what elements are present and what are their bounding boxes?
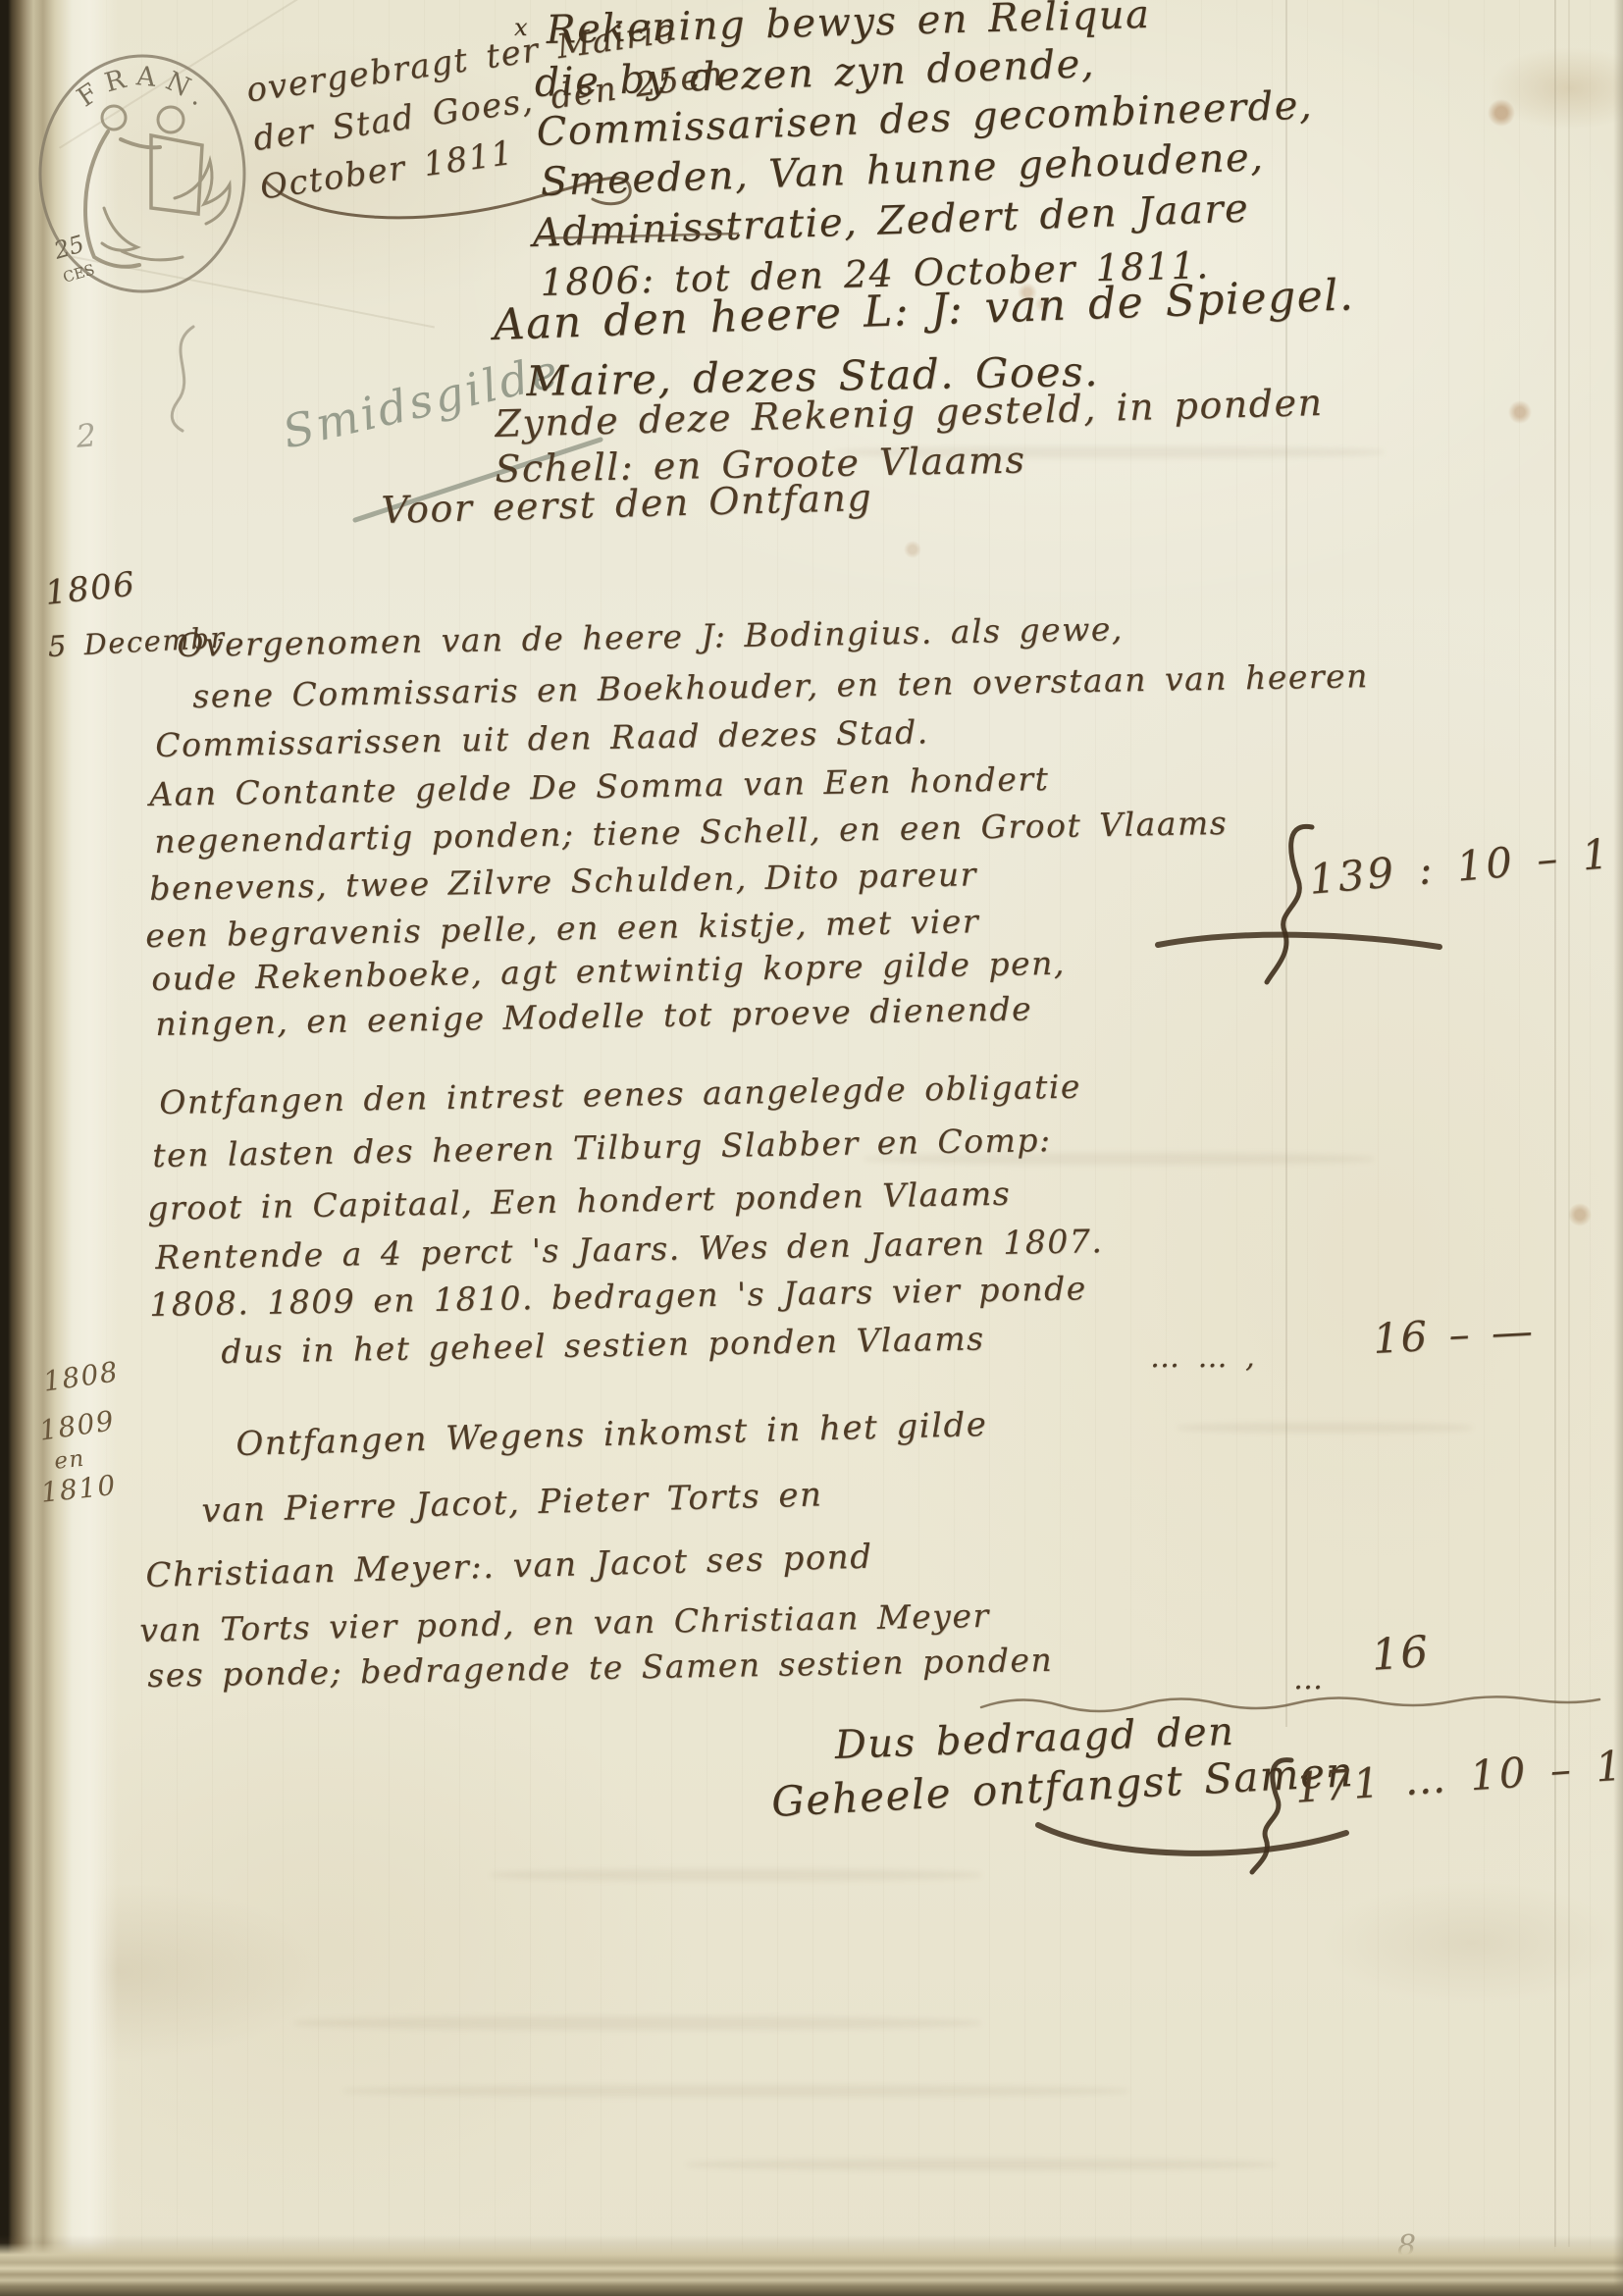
entry2-amount: 16 – — [1372,1306,1535,1363]
margin-number-mark: 2 [75,416,99,455]
bleedthrough-smudge [1178,1423,1472,1433]
pound-bracket-icon [1263,819,1317,991]
entry3-amount: 16 [1370,1627,1431,1681]
entry3-margin-conjunction: en [53,1446,86,1475]
stamp-figures-illustration [85,106,230,267]
title-prefix-mark: x [514,14,529,41]
bleedthrough-smudge [687,2159,1276,2170]
page-stack-bottom-edge [0,2235,1623,2296]
bleedthrough-smudge [491,1869,981,1881]
title-word-strike-line [537,232,745,241]
manuscript-page: FRAN. 25 CES overgebragt ter Mairie der … [0,0,1623,2296]
total-underline-flourish [1030,1803,1354,1872]
fold-line-secondary [1568,0,1570,2247]
margin-squiggle-flourish [152,319,211,442]
page-right-shadow [1613,0,1623,2296]
binding-edge [0,0,118,2296]
bleedthrough-smudge [343,2085,1128,2097]
french-fiscal-stamp: FRAN. 25 CES [27,41,258,301]
fold-line [1554,0,1556,2247]
bleedthrough-smudge [294,2016,981,2030]
stamp-value-unit-text: CES [61,261,96,287]
entry2-leader-dots: … … , [1150,1340,1256,1375]
